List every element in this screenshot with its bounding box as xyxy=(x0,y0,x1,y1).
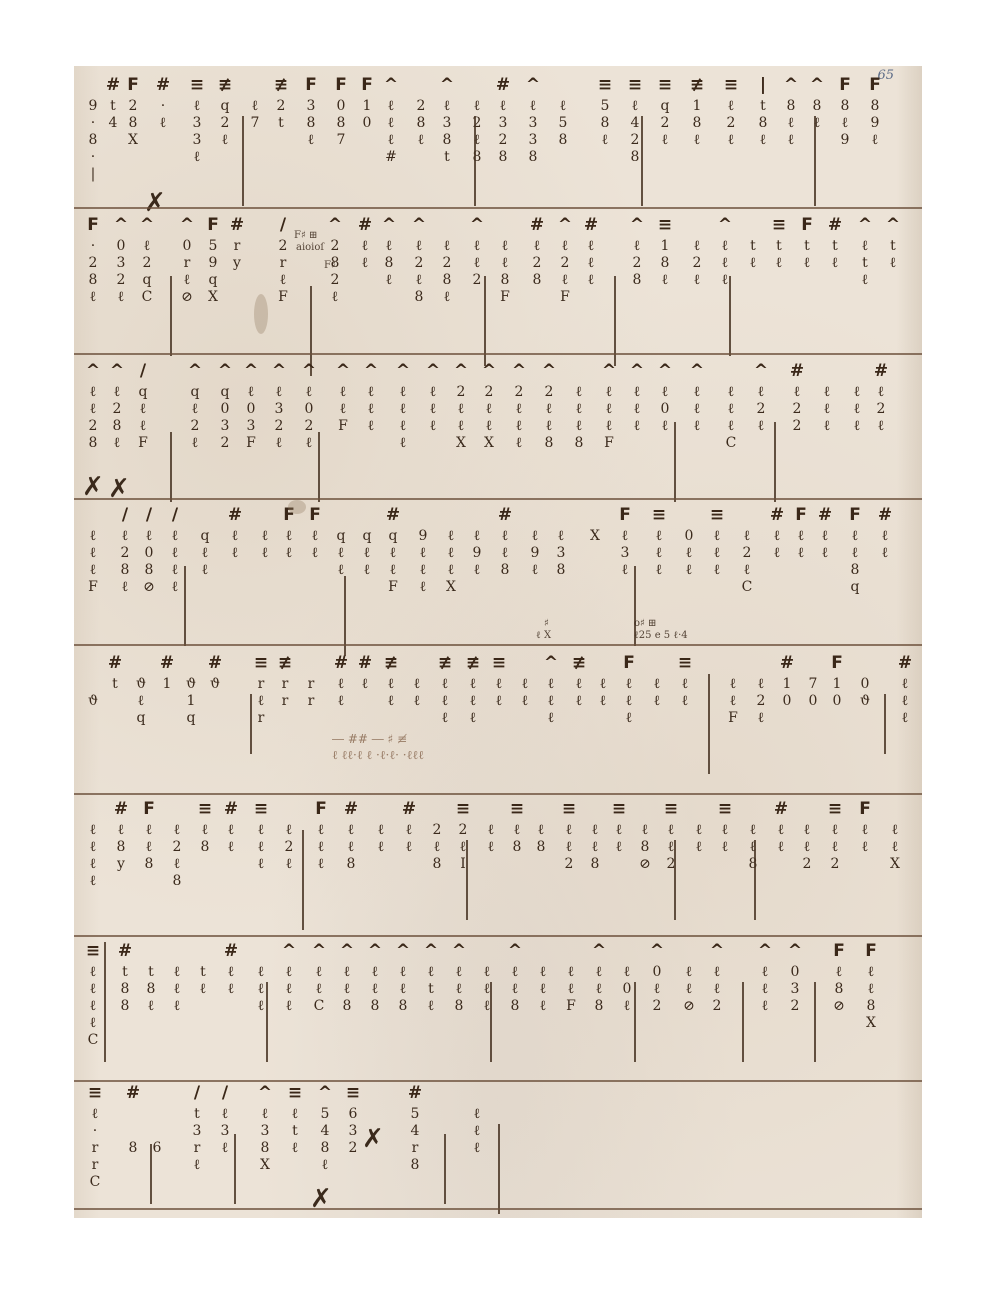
tab-column: 28ℓ xyxy=(410,76,432,149)
tab-column: ≡ℓℓℓ xyxy=(250,800,272,873)
tab-glyph: 8 xyxy=(89,132,98,149)
rhythm-flag: F xyxy=(315,800,327,822)
tab-glyph: 9 xyxy=(89,98,98,115)
tab-column: /ℓ08⊘ xyxy=(138,506,160,596)
tab-column: ≡632 xyxy=(342,1084,364,1157)
rhythm-flag: / xyxy=(280,216,286,238)
tab-glyph: ℓ xyxy=(428,998,435,1015)
tab-glyph: ℓ xyxy=(258,693,265,710)
rhythm-flag: ^ xyxy=(452,942,466,964)
tab-glyph: ℓ xyxy=(722,272,729,289)
tab-glyph: ℓ xyxy=(776,255,783,272)
tab-column: #ℓℓ xyxy=(770,800,792,856)
tab-glyph: ℓ xyxy=(824,401,831,418)
rhythm-flag: ≢ xyxy=(384,654,398,676)
tab-glyph: 2 xyxy=(727,115,736,132)
tab-glyph: 1 xyxy=(783,676,792,693)
rhythm-flag: ^ xyxy=(328,216,342,238)
tab-glyph: r xyxy=(308,676,315,693)
tab-column: #ry xyxy=(226,216,248,272)
rhythm-flag: ^ xyxy=(412,216,426,238)
tab-column: ℓℓF xyxy=(722,654,744,727)
tab-column: 70 xyxy=(802,654,824,710)
tab-glyph: ℓ xyxy=(730,693,737,710)
tab-column: ≢ℓℓℓ xyxy=(462,654,484,727)
rhythm-flag: ^ xyxy=(384,76,398,98)
tab-glyph: ℓ xyxy=(548,676,555,693)
tab-glyph: ⊘ xyxy=(181,289,193,306)
tab-column: ^ℓℓ8 xyxy=(588,942,610,1015)
tablature-system: ℓℓℓF/ℓ28ℓ/ℓ08⊘/ℓℓℓℓqℓℓ#ℓℓℓℓFℓℓFℓℓqℓℓqℓℓ#… xyxy=(74,506,922,646)
tab-column: ^0ℓ2 xyxy=(646,942,668,1015)
tab-glyph: 2 xyxy=(877,401,886,418)
tab-glyph: 3 xyxy=(349,1123,358,1140)
tab-column: ℓℓℓℓ xyxy=(82,800,104,890)
barline xyxy=(250,694,252,754)
tab-column: ℓℓℓ xyxy=(816,362,838,435)
tab-column: ≡ℓℓ2 xyxy=(660,800,682,873)
tab-glyph: ℓ xyxy=(144,238,151,255)
tab-glyph: ℓ xyxy=(172,545,179,562)
tab-glyph: ℓ xyxy=(616,822,623,839)
rhythm-flag: ≡ xyxy=(288,1084,302,1106)
tab-glyph: ℓ xyxy=(388,693,395,710)
tab-glyph: # xyxy=(385,149,397,166)
tab-glyph: ℓ xyxy=(444,289,451,306)
tab-column: ℓ7 xyxy=(244,76,266,132)
tab-glyph: 8 xyxy=(307,115,316,132)
manuscript-page: 65 9·8·|#t4F28X#·ℓ≡ℓ33ℓ≢q2ℓℓ7≢2tF38ℓF087… xyxy=(74,66,922,1218)
tab-glyph: ℓ xyxy=(566,822,573,839)
tab-glyph: ℓ xyxy=(470,676,477,693)
tab-column: ϑℓq xyxy=(130,654,152,727)
tab-glyph: ℓ xyxy=(804,822,811,839)
tab-column: ℓℓ⊘ xyxy=(678,942,700,1015)
tab-glyph: ℓ xyxy=(90,528,97,545)
tab-column: ^ℓℓ2 xyxy=(706,942,728,1015)
tab-glyph: 8 xyxy=(529,149,538,166)
tab-glyph: ℓ xyxy=(682,693,689,710)
tab-column: /ℓ3ℓ xyxy=(214,1084,236,1157)
tab-glyph: ℓ xyxy=(90,289,97,306)
tab-glyph: ℓ xyxy=(172,562,179,579)
tab-glyph: r xyxy=(194,1140,201,1157)
tab-glyph: ℓ xyxy=(338,693,345,710)
tab-column: 9·8·| xyxy=(82,76,104,183)
tab-glyph: ℓ xyxy=(902,676,909,693)
tab-glyph: ℓ xyxy=(696,839,703,856)
tab-glyph: ℓ xyxy=(400,401,407,418)
tab-column: #t88 xyxy=(114,942,136,1015)
tab-glyph: ℓ xyxy=(890,255,897,272)
tab-column: ≡ℓℓ xyxy=(674,654,696,710)
tab-glyph: 2 xyxy=(221,435,230,452)
tab-column: ℓℓℓ xyxy=(846,362,868,435)
tab-glyph: ℓ xyxy=(596,981,603,998)
tab-glyph: 2 xyxy=(89,255,98,272)
tab-glyph: 2 xyxy=(499,132,508,149)
tab-glyph: 8 xyxy=(399,998,408,1015)
tab-glyph: ℓ xyxy=(194,1157,201,1174)
tab-glyph: y xyxy=(117,856,125,873)
tablature-system: ≡ℓℓℓℓC#t88t8ℓℓℓℓtℓ#ℓℓℓℓℓ^ℓℓℓ^ℓℓC^ℓℓ8^ℓℓ8… xyxy=(74,942,922,1082)
tab-glyph: ℓ xyxy=(222,1106,229,1123)
barline xyxy=(742,982,744,1062)
rhythm-flag: F xyxy=(87,216,99,238)
tab-glyph: ℓ xyxy=(762,964,769,981)
rhythm-flag: # xyxy=(878,506,892,528)
tab-column: ℓℓ xyxy=(254,506,276,562)
tab-column: #t xyxy=(104,654,126,693)
tab-glyph: q xyxy=(389,528,398,545)
tab-glyph: r xyxy=(92,1157,99,1174)
tab-glyph: 2 xyxy=(831,856,840,873)
rhythm-flag: / xyxy=(194,1084,200,1106)
tab-column: #ℓℓℓ xyxy=(894,654,916,727)
rhythm-flag: ^ xyxy=(630,362,644,384)
tab-column: ℓ2ℓ xyxy=(686,216,708,289)
tab-glyph: 2 xyxy=(803,856,812,873)
tab-glyph: q xyxy=(661,98,670,115)
tab-glyph: C xyxy=(90,1174,101,1191)
tab-glyph: 2 xyxy=(279,238,288,255)
tab-glyph: ℓ xyxy=(588,255,595,272)
marginal-annotation: F♯ ⊞ xyxy=(294,230,317,241)
tab-column: Fℓℓ8q xyxy=(844,506,866,596)
rhythm-flag: ^ xyxy=(544,654,558,676)
tab-glyph: ℓ xyxy=(232,545,239,562)
tab-column: ϑ xyxy=(82,654,104,710)
tab-glyph: 5 xyxy=(209,238,218,255)
rhythm-flag: # xyxy=(118,942,132,964)
tab-glyph: 2 xyxy=(515,384,524,401)
tab-glyph: q xyxy=(363,528,372,545)
tab-column: ≡ℓℓ xyxy=(488,654,510,710)
tab-glyph: ℓ xyxy=(832,839,839,856)
rhythm-flag: # xyxy=(496,76,510,98)
tab-glyph: ℓ xyxy=(662,132,669,149)
tab-glyph: ℓ xyxy=(868,981,875,998)
tab-column: F89ℓ xyxy=(864,76,886,149)
tab-column: ^ℓℓℓ xyxy=(360,362,382,435)
tab-glyph: ℓ xyxy=(228,822,235,839)
tab-column: Fℓℓ xyxy=(278,506,300,562)
tab-glyph: 1 xyxy=(833,676,842,693)
tab-glyph: ℓ xyxy=(340,384,347,401)
rhythm-flag: # xyxy=(224,800,238,822)
tab-glyph: 2 xyxy=(221,115,230,132)
tab-glyph: ℓ xyxy=(622,528,629,545)
tab-glyph: ℓ xyxy=(372,964,379,981)
tab-column: /ℓ28ℓ xyxy=(114,506,136,596)
tab-column: ^ℓ2ℓF xyxy=(554,216,576,306)
tab-glyph: 8 xyxy=(347,856,356,873)
rhythm-flag: ≢ xyxy=(438,654,452,676)
tab-glyph: ℓ xyxy=(484,964,491,981)
tab-glyph: ℓ xyxy=(488,839,495,856)
tab-glyph: ℓ xyxy=(602,132,609,149)
tab-glyph: 3 xyxy=(193,1123,202,1140)
tab-glyph: 8 xyxy=(513,839,522,856)
tab-glyph: 3 xyxy=(443,115,452,132)
tab-glyph: ℓ xyxy=(286,981,293,998)
tab-glyph: ℓ xyxy=(90,1015,97,1032)
tab-glyph: 2 xyxy=(457,384,466,401)
tab-glyph: ℓ xyxy=(804,255,811,272)
tab-column: ℓ2ℓ8 xyxy=(466,76,488,166)
rhythm-flag: # xyxy=(790,362,804,384)
tab-glyph xyxy=(155,1123,159,1140)
tab-glyph: ℓ xyxy=(854,418,861,435)
tab-glyph: ℓ xyxy=(668,822,675,839)
tab-glyph: ℓ xyxy=(474,238,481,255)
tab-column: ℓℓ xyxy=(592,654,614,710)
tab-glyph: q xyxy=(221,98,230,115)
tab-glyph: 8 xyxy=(173,873,182,890)
barline xyxy=(634,982,636,1062)
cross-mark: ✗ xyxy=(144,188,166,218)
tab-glyph: F xyxy=(560,289,570,306)
rhythm-flag: # xyxy=(114,800,128,822)
tab-column: 0ϑ xyxy=(854,654,876,710)
rhythm-flag: F xyxy=(623,654,635,676)
tab-glyph: ℓ xyxy=(228,981,235,998)
rhythm-flag: ^ xyxy=(336,362,350,384)
tab-glyph: ℓ xyxy=(694,272,701,289)
rhythm-flag: F xyxy=(619,506,631,528)
tab-glyph: 4 xyxy=(321,1123,330,1140)
rhythm-flag: ^ xyxy=(718,216,732,238)
tab-glyph: ℓ xyxy=(174,964,181,981)
tab-glyph: 2 xyxy=(757,693,766,710)
tab-glyph: 3 xyxy=(117,255,126,272)
tab-glyph: 2 xyxy=(545,384,554,401)
rhythm-flag: / xyxy=(122,506,128,528)
rhythm-flag: F xyxy=(795,506,807,528)
tab-glyph: ℓ xyxy=(90,384,97,401)
tab-glyph: ℓ xyxy=(778,822,785,839)
tab-glyph: C xyxy=(742,579,753,596)
tab-glyph: ℓ xyxy=(728,401,735,418)
tab-glyph: ℓ xyxy=(682,676,689,693)
tab-glyph: ℓ xyxy=(516,418,523,435)
barline xyxy=(729,276,731,356)
tab-glyph: ℓ xyxy=(92,1106,99,1123)
tab-glyph: ℓ xyxy=(824,384,831,401)
tab-glyph: ℓ xyxy=(368,418,375,435)
tab-column: F59qX xyxy=(202,216,224,306)
tab-glyph: ℓ xyxy=(852,545,859,562)
tab-glyph: ℓ xyxy=(540,964,547,981)
tab-glyph: ℓ xyxy=(118,822,125,839)
tab-column: ≡ℓ8 xyxy=(506,800,528,856)
tab-column: Fℓℓ8X xyxy=(860,942,882,1032)
tab-glyph: 2 xyxy=(191,418,200,435)
rhythm-flag: ≢ xyxy=(218,76,232,98)
rhythm-flag: ^ xyxy=(244,362,258,384)
tab-column: #t4 xyxy=(102,76,124,132)
rhythm-flag: ≡ xyxy=(678,654,692,676)
tab-glyph: t xyxy=(278,115,284,132)
rhythm-flag: ^ xyxy=(758,942,772,964)
tab-glyph: ℓ xyxy=(562,238,569,255)
tab-glyph: 2 xyxy=(433,822,442,839)
tab-glyph: 2 xyxy=(113,401,122,418)
rhythm-flag: ≡ xyxy=(828,800,842,822)
system-divider-rule xyxy=(74,353,922,355)
tab-glyph: 8 xyxy=(343,998,352,1015)
tab-glyph: ℓ xyxy=(540,998,547,1015)
tab-column: ϑ1q xyxy=(180,654,202,727)
marginal-annotation: ♯ xyxy=(544,618,549,629)
rhythm-flag: # xyxy=(874,362,888,384)
tab-glyph: ℓ xyxy=(316,981,323,998)
rhythm-flag: ^ xyxy=(858,216,872,238)
tab-glyph: 8 xyxy=(851,562,860,579)
rhythm-flag: ^ xyxy=(630,216,644,238)
tab-column: Fℓℓℓ xyxy=(310,800,332,873)
tab-glyph: 0 xyxy=(623,981,632,998)
tab-glyph: 0 xyxy=(363,115,372,132)
tab-glyph: ℓ xyxy=(532,562,539,579)
tab-glyph: ℓ xyxy=(522,693,529,710)
tab-glyph: ℓ xyxy=(192,401,199,418)
tab-glyph: F xyxy=(278,289,288,306)
tab-column: ≢rr xyxy=(274,654,296,710)
tab-column: ^032ℓ xyxy=(110,216,132,306)
tab-glyph: ℓ xyxy=(400,964,407,981)
tab-glyph: ℓ xyxy=(878,384,885,401)
tab-column: #ℓℓ xyxy=(354,216,376,272)
tab-glyph: 2 xyxy=(89,418,98,435)
tab-glyph: · xyxy=(91,115,95,132)
tab-column: /2rℓF xyxy=(272,216,294,306)
tab-glyph: ℓ xyxy=(232,528,239,545)
rhythm-flag: # xyxy=(358,216,372,238)
tab-glyph: 8 xyxy=(121,562,130,579)
tab-glyph: 2 xyxy=(121,545,130,562)
rhythm-flag: ^ xyxy=(788,942,802,964)
marginal-annotation: aioioſ xyxy=(296,242,324,253)
tab-column: ≡ℓℓℓ xyxy=(648,506,670,579)
tab-glyph: ℓ xyxy=(90,873,97,890)
barline xyxy=(104,942,106,1062)
tab-glyph: 0 xyxy=(337,98,346,115)
tab-column: #ℓℓ xyxy=(220,800,242,856)
tab-glyph: ℓ xyxy=(474,1140,481,1157)
tab-glyph: ℓ xyxy=(262,528,269,545)
tab-glyph: 1 xyxy=(187,693,196,710)
tab-column: ^ℓℓℓ xyxy=(278,942,300,1015)
marginal-annotation: F♯ xyxy=(324,260,336,271)
tab-glyph: ℓ xyxy=(626,676,633,693)
rhythm-flag: ^ xyxy=(440,76,454,98)
tab-glyph: ℓ xyxy=(90,822,97,839)
system-divider-rule xyxy=(74,1080,922,1082)
rhythm-flag: ^ xyxy=(340,942,354,964)
tab-glyph: ℓ xyxy=(758,418,765,435)
rhythm-flag: ^ xyxy=(710,942,724,964)
tab-glyph: ℓ xyxy=(286,998,293,1015)
barline xyxy=(150,1144,152,1204)
rhythm-flag: # xyxy=(498,506,512,528)
tab-glyph: ℓ xyxy=(694,401,701,418)
tab-glyph: 8 xyxy=(749,856,758,873)
tab-column: ^ℓ28 xyxy=(626,216,648,289)
rhythm-flag: ^ xyxy=(140,216,154,238)
tab-glyph: 8 xyxy=(575,435,584,452)
tab-glyph: 2 xyxy=(143,255,152,272)
tab-glyph: 4 xyxy=(631,115,640,132)
tab-glyph: 3 xyxy=(621,545,630,562)
tab-column: ^ℓℓ8 xyxy=(392,942,414,1015)
rhythm-flag: F xyxy=(849,506,861,528)
tab-glyph: 3 xyxy=(275,401,284,418)
tab-glyph: 1 xyxy=(693,98,702,115)
tab-column: F28X xyxy=(122,76,144,149)
system-divider-rule xyxy=(74,935,922,937)
tab-glyph: ℓ xyxy=(600,676,607,693)
tab-glyph: 2 xyxy=(129,98,138,115)
tab-glyph: ℓ xyxy=(174,822,181,839)
tab-column: #ℓℓ xyxy=(224,506,246,562)
rhythm-flag: ^ xyxy=(784,76,798,98)
tab-glyph: ⊘ xyxy=(639,856,651,873)
tab-glyph: 2 xyxy=(793,401,802,418)
tab-column: ℓℓ xyxy=(370,800,392,856)
tab-glyph: ℓ xyxy=(516,401,523,418)
tab-glyph: 2 xyxy=(331,272,340,289)
tab-glyph: ℓ xyxy=(286,545,293,562)
tab-glyph: ℓ xyxy=(456,964,463,981)
tab-column: ℓ2ℓ xyxy=(750,654,772,727)
rhythm-flag: ≢ xyxy=(274,76,288,98)
tab-column: ≢ℓℓ xyxy=(568,654,590,710)
tablature-system: ϑ#tϑℓq#1 ϑ1q#ϑ≡rℓr≢rrrr#ℓℓ#ℓ≢ℓℓℓℓ≢ℓℓℓ≢ℓℓ… xyxy=(74,654,922,794)
tab-glyph: ℓ xyxy=(386,272,393,289)
tab-glyph: 2 xyxy=(661,115,670,132)
tab-glyph: ℓ xyxy=(364,545,371,562)
tab-glyph: ℓ xyxy=(606,384,613,401)
rhythm-flag: # xyxy=(344,800,358,822)
tab-column: ℓℓ xyxy=(646,654,668,710)
tab-glyph: 0 xyxy=(247,401,256,418)
tab-glyph: ℓ xyxy=(758,384,765,401)
tab-glyph: ℓ xyxy=(624,998,631,1015)
tab-column: #ℓℓ xyxy=(220,942,242,998)
tab-glyph: ℓ xyxy=(758,710,765,727)
rhythm-flag: # xyxy=(358,654,372,676)
tab-glyph: ℓ xyxy=(862,822,869,839)
rhythm-flag: ≡ xyxy=(198,800,212,822)
barline xyxy=(318,432,320,502)
tab-column: ≡rℓr xyxy=(250,654,272,727)
tab-column: 2ℓ8 xyxy=(426,800,448,873)
tab-column: 0ℓℓ xyxy=(678,506,700,579)
tab-glyph: ℓ xyxy=(686,981,693,998)
rhythm-flag: # xyxy=(208,654,222,676)
tab-glyph: 2 xyxy=(417,98,426,115)
tab-glyph: 8 xyxy=(385,255,394,272)
tab-column: F10 xyxy=(826,654,848,710)
rhythm-flag: ≡ xyxy=(612,800,626,822)
tab-glyph: ℓ xyxy=(470,693,477,710)
tab-glyph: ℓ xyxy=(714,528,721,545)
tab-glyph: ℓ xyxy=(744,528,751,545)
tab-glyph: ℓ xyxy=(626,693,633,710)
tab-column: #ℓℓ xyxy=(766,506,788,562)
tab-glyph: 2 xyxy=(331,238,340,255)
